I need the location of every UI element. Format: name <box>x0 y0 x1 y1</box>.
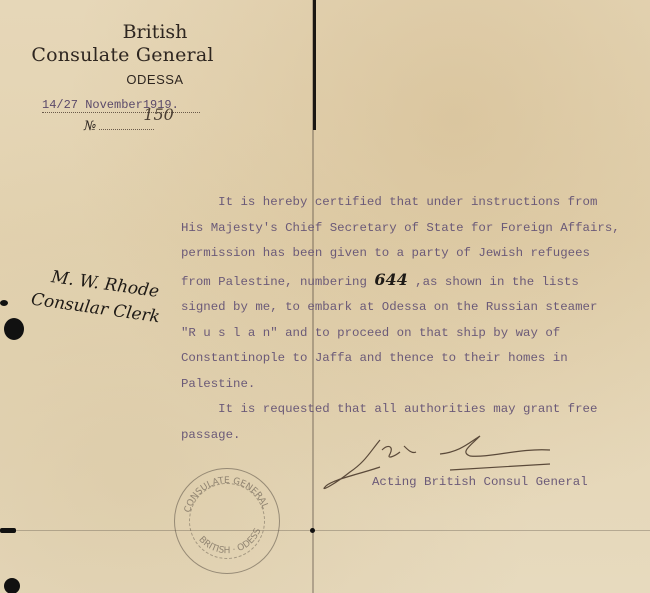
letterhead-consulate-general: Consulate General <box>20 43 225 67</box>
document-page: British Consulate General ODESSA 14/27 N… <box>0 0 650 593</box>
body-text-fragment: ,as shown in the lists <box>408 275 579 289</box>
body-line: "R u s l a n" and to proceed on that shi… <box>181 321 641 347</box>
body-line: His Majesty's Chief Secretary of State f… <box>181 216 641 242</box>
consulate-seal-stamp: CONSULATE GENERAL BRITISH · ODESSA <box>174 468 280 574</box>
number-label: № <box>84 119 96 134</box>
letterhead-city: ODESSA <box>75 72 235 87</box>
ink-blot <box>0 528 16 533</box>
certificate-body: It is hereby certified that under instru… <box>181 190 641 448</box>
ink-blot <box>4 578 20 593</box>
document-number: №150 <box>84 117 154 134</box>
body-line: It is requested that all authorities may… <box>181 397 641 423</box>
document-date: 14/27 November1919. <box>42 98 200 113</box>
body-text-fragment: from Palestine, numbering <box>181 275 374 289</box>
body-line: from Palestine, numbering 644 ,as shown … <box>181 267 641 296</box>
body-line: signed by me, to embark at Odessa on the… <box>181 295 641 321</box>
svg-text:CONSULATE GENERAL: CONSULATE GENERAL <box>183 476 270 514</box>
letterhead-british: British <box>85 20 225 44</box>
seal-text-ring: CONSULATE GENERAL BRITISH · ODESSA <box>175 469 279 573</box>
body-line: Palestine. <box>181 372 641 398</box>
torn-edge-top <box>313 0 316 130</box>
handwritten-refugee-count: 644 <box>374 270 407 289</box>
body-line: Constantinople to Jaffa and thence to th… <box>181 346 641 372</box>
seal-top-text: CONSULATE GENERAL <box>183 476 270 514</box>
ink-blot <box>310 528 315 533</box>
number-dotted-line: 150 <box>99 117 154 130</box>
ink-blot <box>4 318 24 340</box>
signatory-title: Acting British Consul General <box>372 475 588 489</box>
body-line: permission has been given to a party of … <box>181 241 641 267</box>
ink-blot <box>0 300 8 306</box>
number-value: 150 <box>143 105 174 124</box>
horizontal-fold-crease <box>0 530 650 531</box>
body-line: It is hereby certified that under instru… <box>181 190 641 216</box>
